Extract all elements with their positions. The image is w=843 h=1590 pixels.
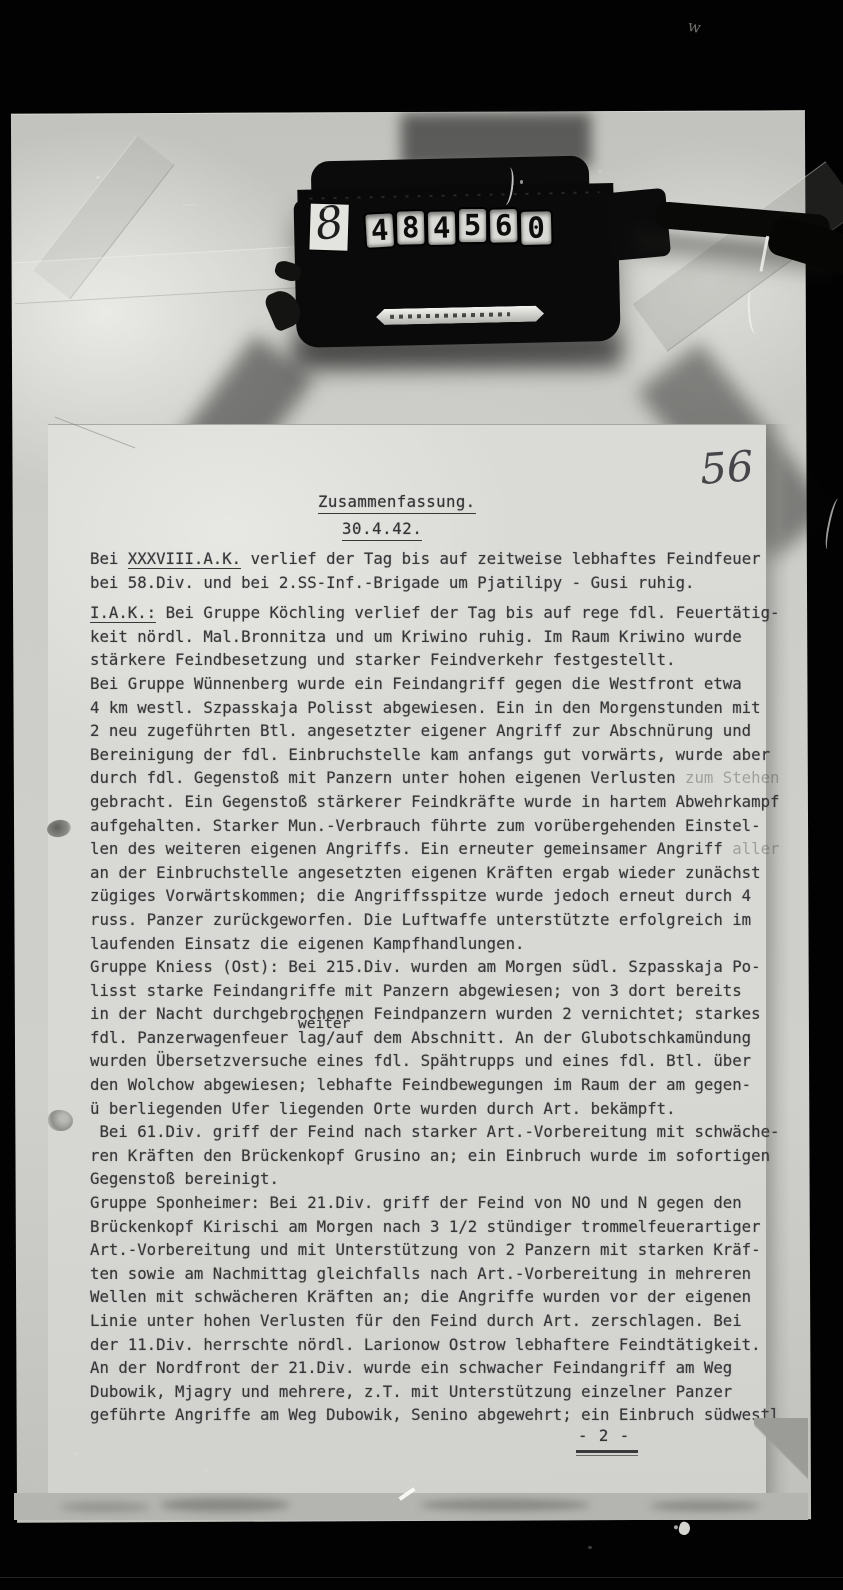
dust-speck	[74, 1452, 79, 1456]
document-line: Gruppe Sponheimer: Bei 21.Div. griff der…	[90, 1193, 790, 1217]
dust-speck	[96, 176, 100, 179]
inserted-word: weiter	[298, 1016, 350, 1032]
document-line: an der Einbruchstelle angesetzten eigene…	[90, 863, 790, 887]
film-scratch	[182, 204, 198, 206]
document-line: Gruppe Kniess (Ost): Bei 215.Div. wurden…	[90, 957, 790, 981]
counter-digit: 4	[428, 211, 456, 245]
document-line: geführte Angriffe am Weg Dubowik, Senino…	[90, 1405, 790, 1429]
document-line: Bei Gruppe Wünnenberg wurde ein Feindang…	[90, 674, 790, 698]
document-line: Art.-Vorbereitung und mit Unterstützung …	[90, 1240, 790, 1264]
document-title: Zusammenfassung.	[318, 492, 476, 514]
document-line: russ. Panzer zurückgeworfen. Die Luftwaf…	[90, 910, 790, 934]
counter-digit: 8	[397, 211, 425, 245]
counter-handwritten-label: 8	[309, 204, 348, 251]
document-line: fdl. Panzerwagenfeuer lag/auf dem Abschn…	[90, 1028, 790, 1052]
film-scan-line	[0, 1577, 843, 1578]
document-date: 30.4.42.	[342, 519, 422, 541]
microfilm-frame: 8 484560 56 Zusammenfassung. 30.4.42. Be…	[0, 0, 843, 1590]
document-line: An der Nordfront der 21.Div. wurde ein s…	[90, 1358, 790, 1382]
document-line: Bei 61.Div. griff der Feind nach starker…	[90, 1122, 790, 1146]
footer-underline-2	[576, 1455, 638, 1456]
backing-bottom-strip	[14, 1493, 808, 1520]
document-line: Bereinigung der fdl. Einbruchstelle kam …	[90, 745, 790, 769]
smudge	[60, 1502, 150, 1512]
document-line: ten sowie am Nachmittag gleichfalls nach…	[90, 1264, 790, 1288]
document-line: stärkere Feindbesetzung und starker Fein…	[90, 650, 790, 674]
footer-underline	[576, 1450, 638, 1453]
smudge	[420, 1499, 590, 1511]
document-line: I.A.K.: Bei Gruppe Köchling verlief der …	[90, 603, 790, 627]
document-line: laufenden Einsatz die eigenen Kampfhandl…	[90, 934, 790, 958]
smudge	[160, 1498, 290, 1512]
dust-speck	[588, 1546, 592, 1549]
document-line: aufgehalten. Starker Mun.-Verbrauch führ…	[90, 816, 790, 840]
document-line: zügiges Vorwärtskommen; die Angriffsspit…	[90, 886, 790, 910]
document-line: bei 58.Div. und bei 2.SS-Inf.-Brigade um…	[90, 573, 790, 597]
document-line: Bei XXXVIII.A.K. verlief der Tag bis auf…	[90, 549, 790, 573]
dust-speck	[204, 1468, 208, 1472]
smudge	[650, 1501, 760, 1511]
document-line: 2 neu zugeführten Btl. angesetzter eigen…	[90, 721, 790, 745]
document-line: lisst starke Feindangriffe mit Panzern a…	[90, 981, 790, 1005]
document-line: den Wolchow abgewiesen; lebhafte Feindbe…	[90, 1075, 790, 1099]
counter-digit: 4	[365, 213, 394, 247]
document-line: keit nördl. Mal.Bronnitza und um Kriwino…	[90, 627, 790, 651]
counter-digit: 5	[459, 209, 486, 242]
document-line: Brückenkopf Kirischi am Morgen nach 3 1/…	[90, 1217, 790, 1241]
page-corner-fold	[754, 1418, 808, 1520]
document-line: Linie unter hohen Verlusten für den Fein…	[90, 1311, 790, 1335]
document-line: ü berliegenden Ufer liegenden Orte wurde…	[90, 1099, 790, 1123]
dust-speck	[520, 180, 523, 184]
document-line: Wellen mit schwächeren Kräften an; die A…	[90, 1287, 790, 1311]
document-line: len des weiteren eigenen Angriffs. Ein e…	[90, 839, 790, 863]
counter-digit: 6	[490, 209, 518, 243]
handwritten-digit: 8	[312, 196, 347, 250]
document-line: in der Nacht durchgebrochenen Feindpanze…	[90, 1004, 790, 1028]
document-line: gebracht. Ein Gegenstoß stärkerer Feindk…	[90, 792, 790, 816]
document-line: durch fdl. Gegenstoß mit Panzern unter h…	[90, 768, 790, 792]
document-line: Dubowik, Mjagry und mehrere, z.T. mit Un…	[90, 1382, 790, 1406]
page-number-footer: - 2 -	[578, 1426, 630, 1445]
handwritten-page-number: 56	[698, 441, 755, 494]
document-line: der 11.Div. herrschte nördl. Larionow Os…	[90, 1335, 790, 1359]
document-line: wurden Übersetzversuche eines fdl. Späht…	[90, 1051, 790, 1075]
film-blemish	[677, 1521, 691, 1537]
document-line: ren Kräften den Brückenkopf Grusino an; …	[90, 1146, 790, 1170]
counter-digit: 0	[521, 211, 552, 245]
counter-digits: 484560	[366, 208, 552, 245]
film-scratch	[312, 207, 334, 209]
document-line: Gegenstoß bereinigt.	[90, 1169, 790, 1193]
document-body: Bei XXXVIII.A.K. verlief der Tag bis auf…	[90, 549, 790, 1429]
paper-spot	[48, 1110, 73, 1131]
document-line: 4 km westl. Szpasskaja Polisst abgewiese…	[90, 698, 790, 722]
dust-speck	[598, 170, 602, 173]
